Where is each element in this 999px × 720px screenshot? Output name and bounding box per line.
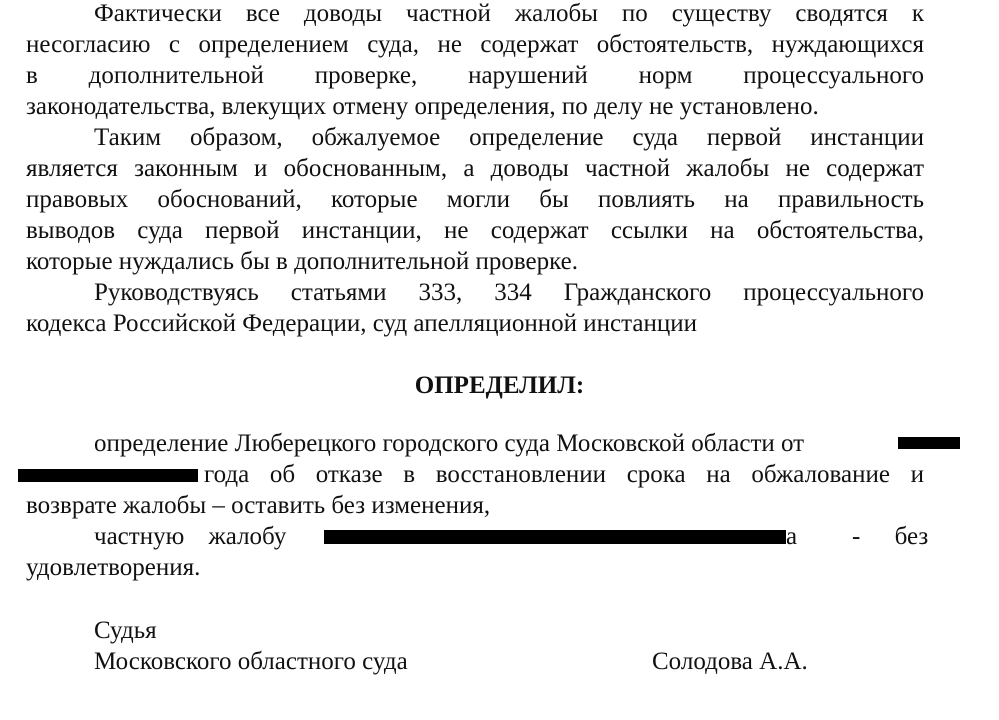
signature-title: Судья [94,615,157,646]
paragraph-2-line-1: Таким образом, обжалуемое определение су… [94,122,924,153]
ruling-heading: ОПРЕДЕЛИЛ: [0,370,999,401]
ruling-line-4-end: - без [852,521,924,552]
paragraph-1-line-4: законодательства, влекущих отмену опреде… [26,91,924,122]
paragraph-1-line-2: несогласию с определением суда, не содер… [26,29,924,60]
paragraph-3-line-2: кодекса Российской Федерации, суд апелля… [26,308,924,339]
signature-judge-name: Солодова А.А. [652,646,808,677]
paragraph-2-line-4: выводов суда первой инстанции, не содерж… [26,215,924,246]
ruling-line-3: возврате жалобы – оставить без изменения… [26,490,924,521]
ruling-line-5: удовлетворения. [26,552,924,583]
paragraph-3-line-1: Руководствуясь статьями 333, 334 Граждан… [94,277,924,308]
signature-court: Московского областного суда [94,646,408,677]
ruling-line-1: определение Люберецкого городского суда … [94,428,894,459]
ruling-line-4-name-tail: а [786,521,806,552]
paragraph-1-line-1: Фактически все доводы частной жалобы по … [94,0,924,29]
ruling-line-4-start: частную жалобу [94,521,314,552]
redaction-date-month-year [18,469,198,482]
paragraph-1-line-3: в дополнительной проверке, нарушений нор… [26,60,924,91]
redaction-appellant-name [324,530,786,544]
redaction-date-day [898,437,960,449]
paragraph-2-line-5: которые нуждались бы в дополнительной пр… [26,246,924,277]
paragraph-2-line-2: является законным и обоснованным, а дово… [26,153,924,184]
paragraph-2-line-3: правовых обоснований, которые могли бы п… [26,184,924,215]
ruling-line-2: года об отказе в восстановлении срока на… [204,459,924,490]
